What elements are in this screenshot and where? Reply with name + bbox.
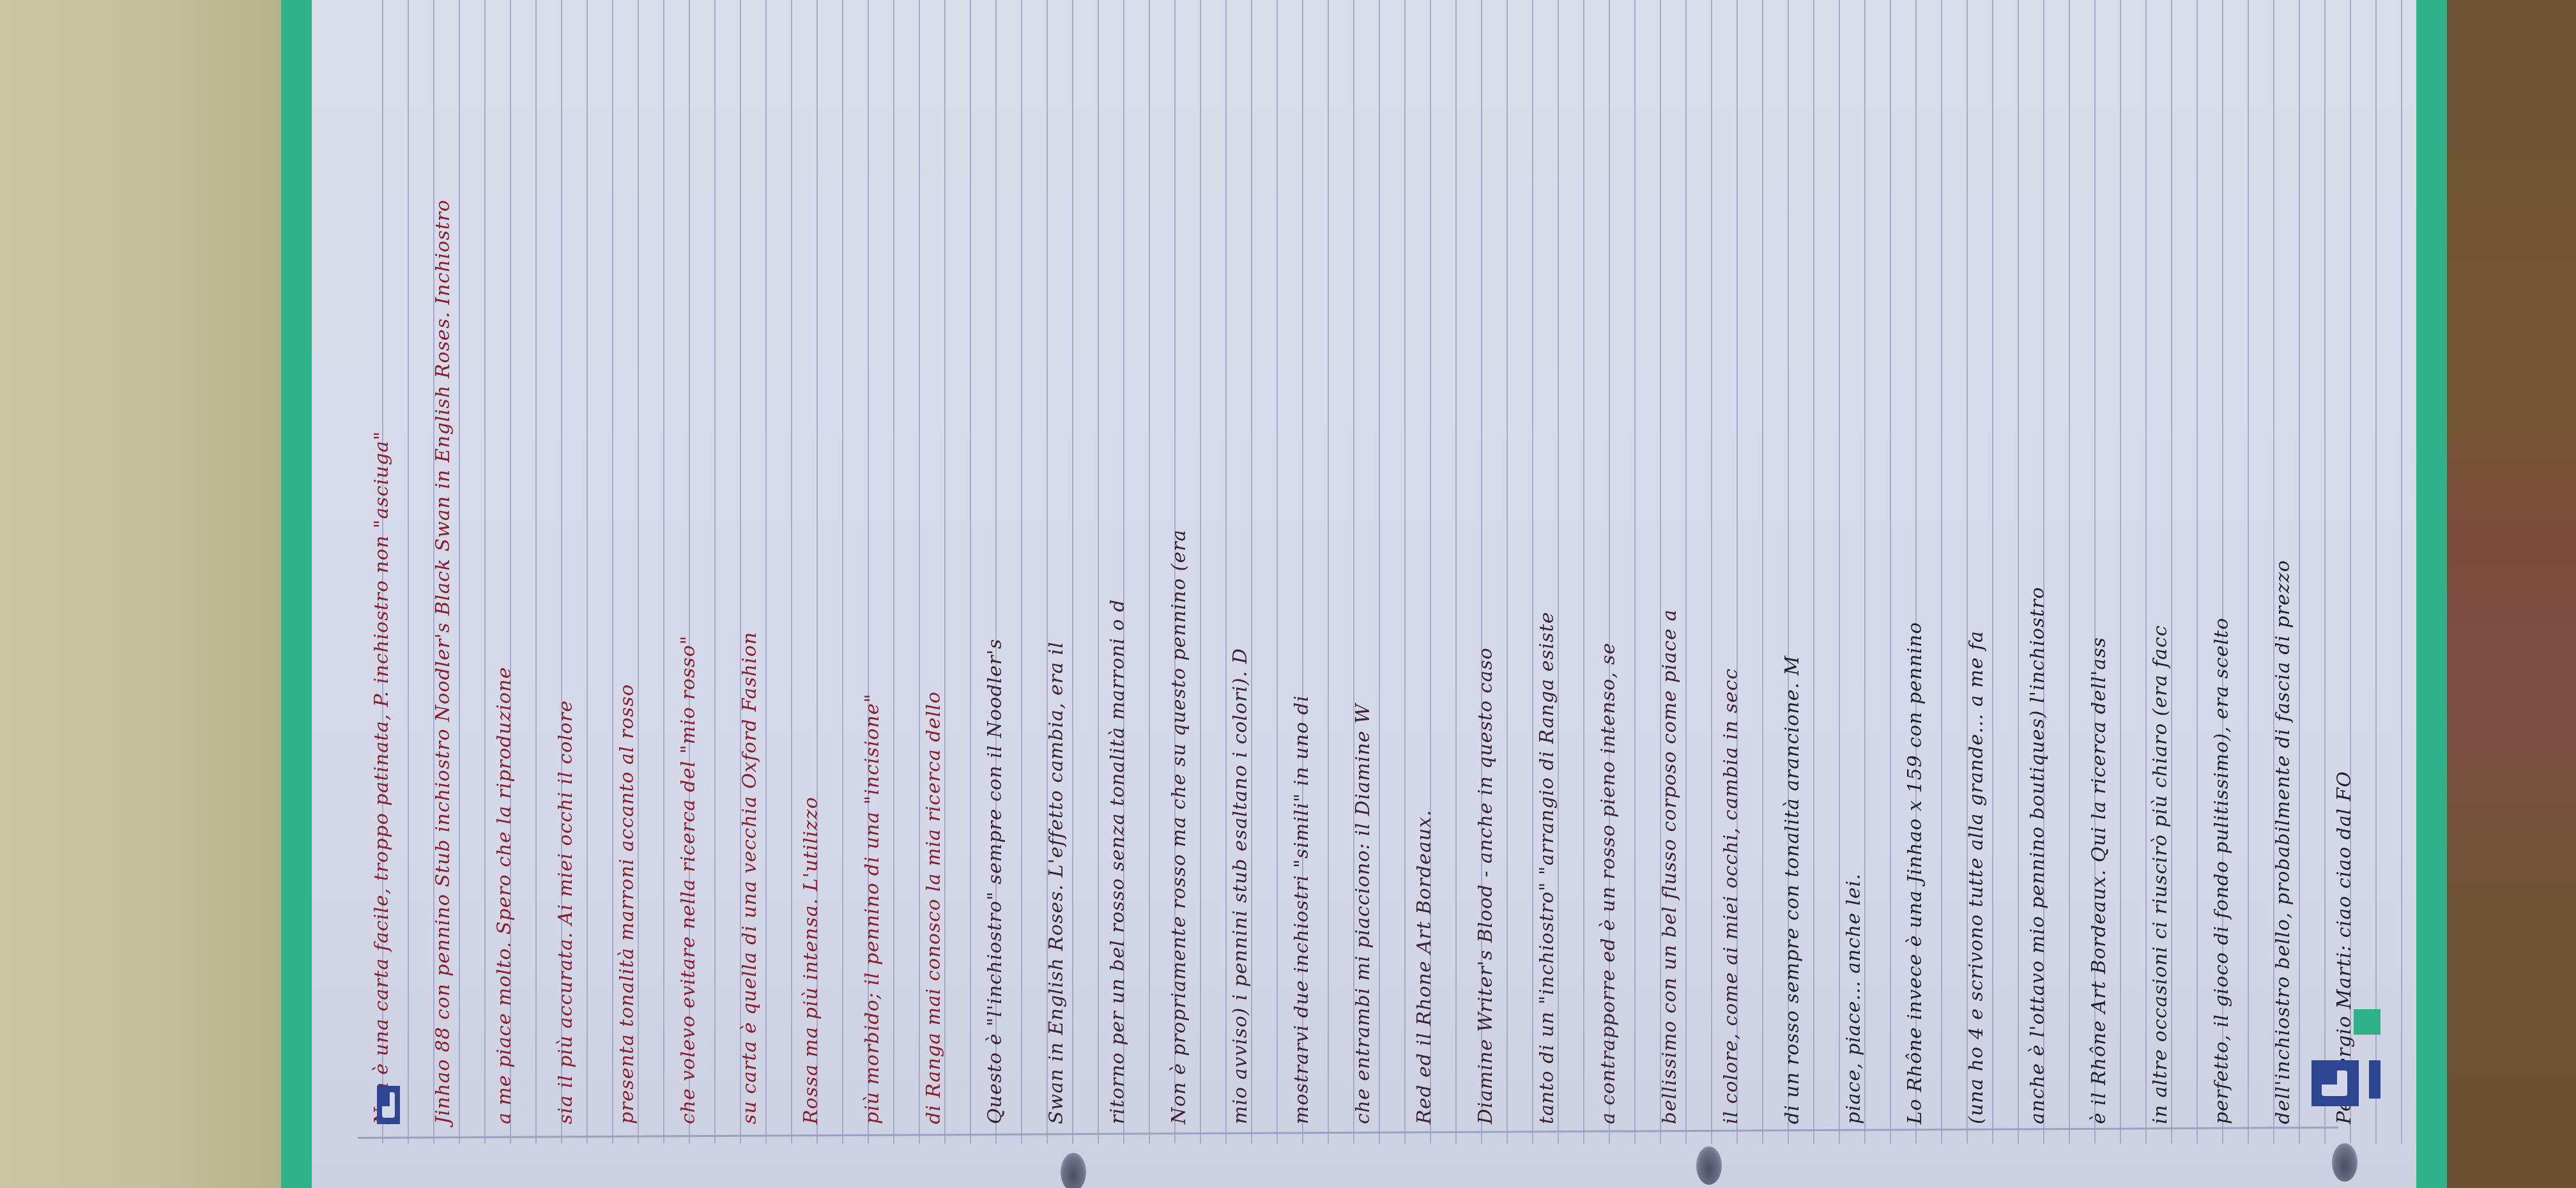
punch-hole: [1696, 1146, 1722, 1185]
handwritten-line: a me piace molto. Spero che la riproduzi…: [492, 0, 517, 1124]
handwritten-line: Red ed il Rhone Art Bordeaux.: [1412, 0, 1437, 1124]
handwritten-line: di un rosso sempre con tonalità arancion…: [1780, 0, 1805, 1124]
handwritten-line: Non è propriamente rosso ma che su quest…: [1167, 0, 1192, 1124]
handwritten-line: il colore, come ai miei occhi, cambia in…: [1719, 0, 1744, 1124]
handwritten-line: che entrambi mi piacciono: il Diamine W: [1351, 0, 1376, 1124]
handwritten-line: tanto di un "inchiostro" "arrangio di Ra…: [1535, 0, 1560, 1124]
handwritten-line: anche è l'ottavo mio pennino boutiques) …: [2025, 0, 2051, 1124]
handwritten-line: ritorno per un bel rosso senza tonalità …: [1105, 0, 1131, 1124]
desk-surface-right: [2444, 0, 2576, 1188]
handwritten-line: che volevo evitare nella ricerca del "mi…: [676, 0, 701, 1124]
handwritten-line: (una ho 4 e scrivono tutte alla grande..…: [1964, 0, 1989, 1124]
handwritten-line: Jinhao 88 con pennino Stub inchiostro No…: [431, 0, 456, 1124]
margin-strip-right: [2416, 0, 2447, 1188]
handwritten-line: Rossa ma più intensa. L'utilizzo: [799, 0, 824, 1124]
handwritten-line: su carta è quella di una vecchia Oxford …: [737, 0, 763, 1124]
handwritten-line: Per Sergio Marti: ciao ciao dal FO: [2332, 0, 2357, 1124]
handwritten-line: Diamine Writer's Blood - anche in questo…: [1473, 0, 1499, 1124]
handwritten-text: Non è una carta facile, troppo patinata,…: [358, 0, 2402, 1137]
handwritten-line: di Ranga mai conosco la mia ricerca dell…: [921, 0, 947, 1124]
handwritten-line: presenta tonalità marroni accanto al ros…: [615, 0, 640, 1124]
handwritten-line: perfetto, il gioco di fondo pulitissimo)…: [2209, 0, 2235, 1124]
handwritten-line: Lo Rhône invece è una Jinhao x 159 con p…: [1903, 0, 1928, 1124]
handwritten-line: a contrapporre ed è un rosso pieno inten…: [1596, 0, 1621, 1124]
brand-green-square-icon: [2354, 1009, 2380, 1035]
desk-surface-left: [0, 0, 287, 1188]
brand-bar-icon: [2369, 1060, 2380, 1099]
handwritten-line: piace, piace... anche lei.: [1841, 0, 1867, 1124]
handwritten-line: dell'inchiostro bello, probabilmente di …: [2271, 0, 2296, 1124]
punch-hole: [1061, 1153, 1086, 1188]
punch-hole: [2332, 1143, 2357, 1182]
handwritten-line: Non è una carta facile, troppo patinata,…: [369, 0, 395, 1124]
handwritten-line: in altre occasioni ci riuscirò più chiar…: [2148, 0, 2173, 1124]
handwritten-line: sia il più accurata. Ai miei occhi il co…: [553, 0, 579, 1124]
handwritten-line: mostrarvi due inchiostri "simili" in uno…: [1289, 0, 1315, 1124]
handwritten-line: bellissimo con un bel flusso corposo com…: [1657, 0, 1683, 1124]
handwritten-line: Questo è "l'inchiostro" sempre con il No…: [983, 0, 1008, 1124]
handwritten-line: Swan in English Roses. L'effetto cambia,…: [1044, 0, 1069, 1124]
margin-strip-left: [281, 0, 312, 1188]
handwritten-line: mio avviso) i pennini stub esaltano i co…: [1228, 0, 1253, 1124]
handwritten-line: più morbido; il pennino di una "incision…: [860, 0, 885, 1124]
handwritten-line: è il Rhône Art Bordeaux. Qui la ricerca …: [2087, 0, 2112, 1124]
brand-logo-icon: [2311, 1060, 2359, 1106]
brand-logo-icon: [377, 1086, 400, 1124]
